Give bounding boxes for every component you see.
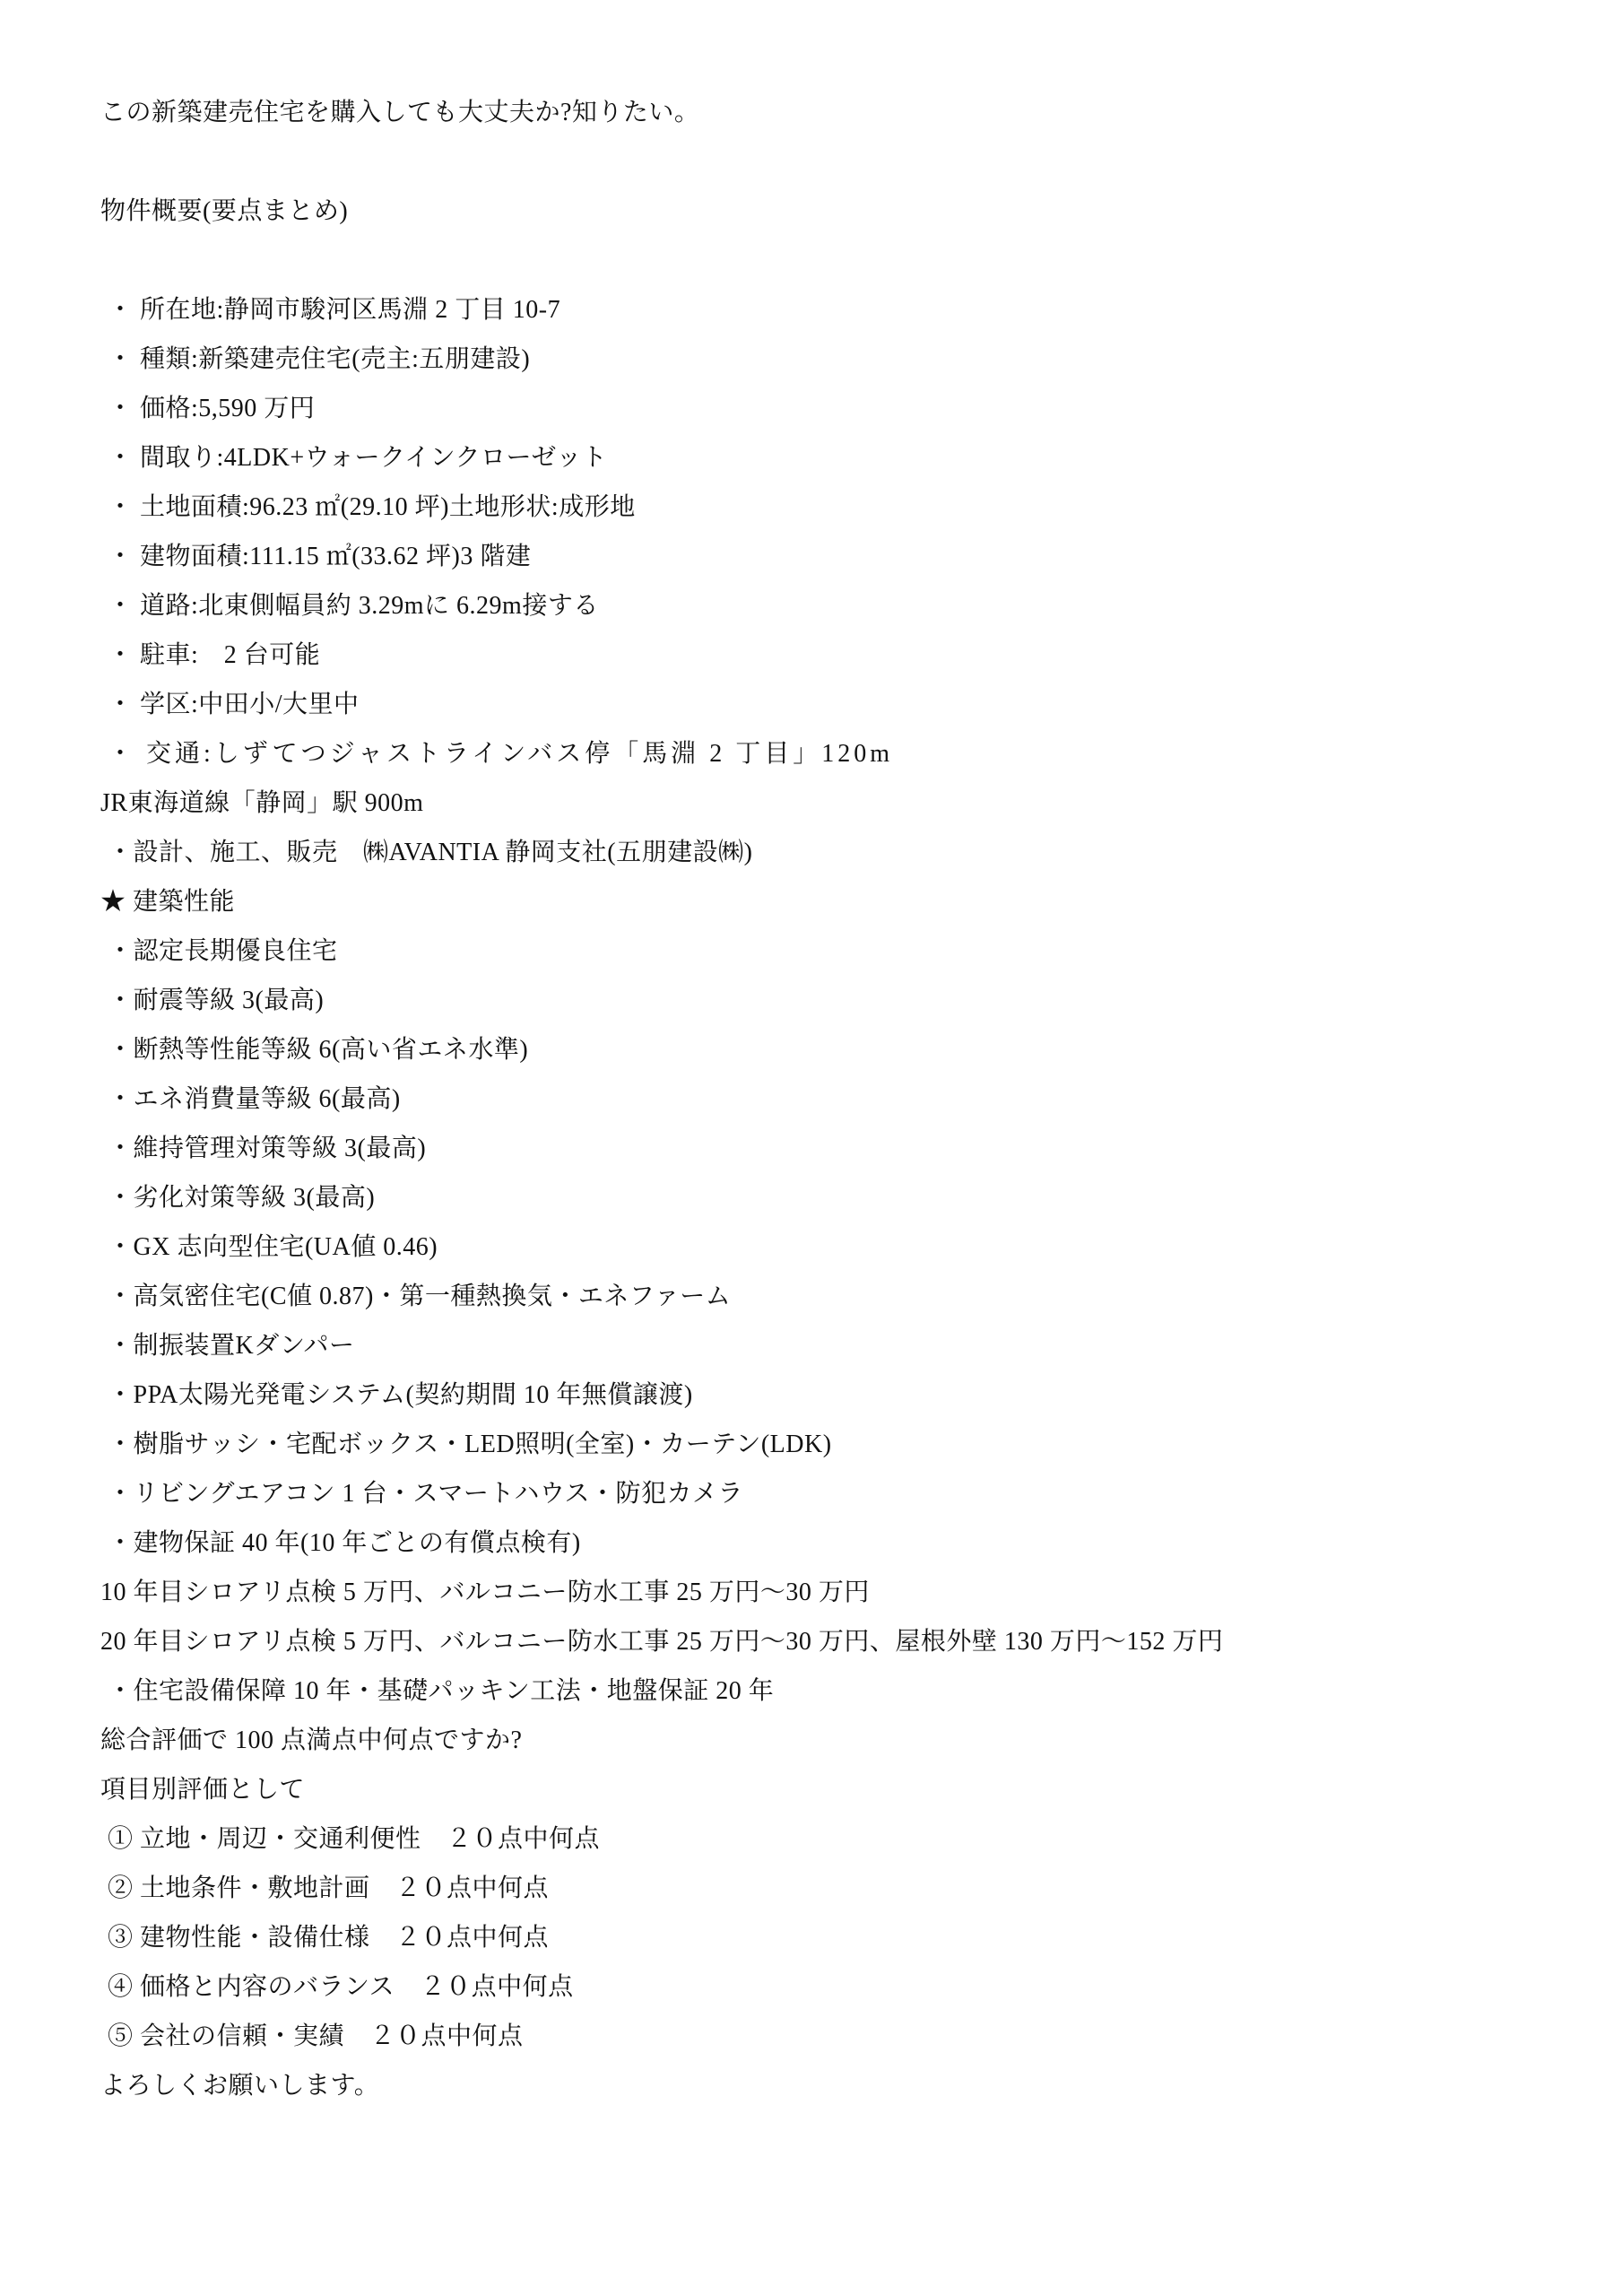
score-item-3: ③ 建物性能・設備仕様 ２０点中何点 xyxy=(100,1913,1568,1962)
spacer xyxy=(100,236,1568,285)
item-road: ・ 道路:北東側幅員約 3.29mに 6.29m接する xyxy=(100,581,1568,631)
item-builder: ・設計、施工、販売 ㈱AVANTIA 静岡支社(五朋建設㈱) xyxy=(100,828,1568,877)
closing-line: よろしくお願いします。 xyxy=(100,2061,1568,2110)
item-damper: ・制振装置Kダンパー xyxy=(100,1321,1568,1370)
document-body: この新築建売住宅を購入しても大丈夫か?知りたい。 物件概要(要点まとめ) ・ 所… xyxy=(100,88,1568,2110)
item-airtight-housing: ・高気密住宅(C値 0.87)・第一種熱換気・エネファーム xyxy=(100,1272,1568,1321)
item-certified-housing: ・認定長期優良住宅 xyxy=(100,926,1568,976)
item-seismic-grade: ・耐震等級 3(最高) xyxy=(100,976,1568,1025)
item-school-district: ・ 学区:中田小/大里中 xyxy=(100,680,1568,729)
item-insulation-grade: ・断熱等性能等級 6(高い省エネ水準) xyxy=(100,1025,1568,1074)
item-type: ・ 種類:新築建売住宅(売主:五朋建設) xyxy=(100,335,1568,384)
item-building-area: ・ 建物面積:111.15 ㎡(33.62 坪)3 階建 xyxy=(100,532,1568,581)
item-maintenance-grade: ・維持管理対策等級 3(最高) xyxy=(100,1124,1568,1173)
item-land-area: ・ 土地面積:96.23 ㎡(29.10 坪)土地形状:成形地 xyxy=(100,483,1568,532)
question-overall-score: 総合評価で 100 点満点中何点ですか? xyxy=(100,1716,1568,1765)
question-itemized-intro: 項目別評価として xyxy=(100,1765,1568,1814)
score-item-5: ⑤ 会社の信頼・実績 ２０点中何点 xyxy=(100,2012,1568,2061)
item-transport-bus: ・ 交通:しずてつジャストラインバス停「馬淵 2 丁目」120m xyxy=(100,729,1568,778)
score-item-4: ④ 価格と内容のバランス ２０点中何点 xyxy=(100,1962,1568,2012)
score-item-1: ① 立地・周辺・交通利便性 ２０点中何点 xyxy=(100,1814,1568,1864)
item-warranty: ・建物保証 40 年(10 年ごとの有償点検有) xyxy=(100,1518,1568,1568)
question-line: この新築建売住宅を購入しても大丈夫か?知りたい。 xyxy=(100,88,1568,137)
item-energy-grade: ・エネ消費量等級 6(最高) xyxy=(100,1074,1568,1124)
item-aircon-smart: ・リビングエアコン 1 台・スマートハウス・防犯カメラ xyxy=(100,1469,1568,1518)
note-10yr-cost: 10 年目シロアリ点検 5 万円、バルコニー防水工事 25 万円〜30 万円 xyxy=(100,1568,1568,1617)
item-ppa-solar: ・PPA太陽光発電システム(契約期間 10 年無償譲渡) xyxy=(100,1370,1568,1420)
section-heading-performance: ★ 建築性能 xyxy=(100,877,1568,926)
document-page: この新築建売住宅を購入しても大丈夫か?知りたい。 物件概要(要点まとめ) ・ 所… xyxy=(0,0,1622,2296)
item-location: ・ 所在地:静岡市駿河区馬淵 2 丁目 10-7 xyxy=(100,285,1568,335)
item-floorplan: ・ 間取り:4LDK+ウォークインクローゼット xyxy=(100,433,1568,483)
item-deterioration-grade: ・劣化対策等級 3(最高) xyxy=(100,1173,1568,1222)
section-heading-overview: 物件概要(要点まとめ) xyxy=(100,187,1568,236)
note-20yr-cost: 20 年目シロアリ点検 5 万円、バルコニー防水工事 25 万円〜30 万円、屋… xyxy=(100,1617,1568,1666)
item-parking: ・ 駐車: 2 台可能 xyxy=(100,631,1568,680)
item-price: ・ 価格:5,590 万円 xyxy=(100,384,1568,433)
item-transport-train: JR東海道線「静岡」駅 900m xyxy=(100,778,1568,828)
item-equipment: ・樹脂サッシ・宅配ボックス・LED照明(全室)・カーテン(LDK) xyxy=(100,1420,1568,1469)
score-item-2: ② 土地条件・敷地計画 ２０点中何点 xyxy=(100,1864,1568,1913)
item-equipment-warranty: ・住宅設備保障 10 年・基礎パッキン工法・地盤保証 20 年 xyxy=(100,1666,1568,1716)
item-gx-housing: ・GX 志向型住宅(UA値 0.46) xyxy=(100,1222,1568,1272)
spacer xyxy=(100,137,1568,187)
